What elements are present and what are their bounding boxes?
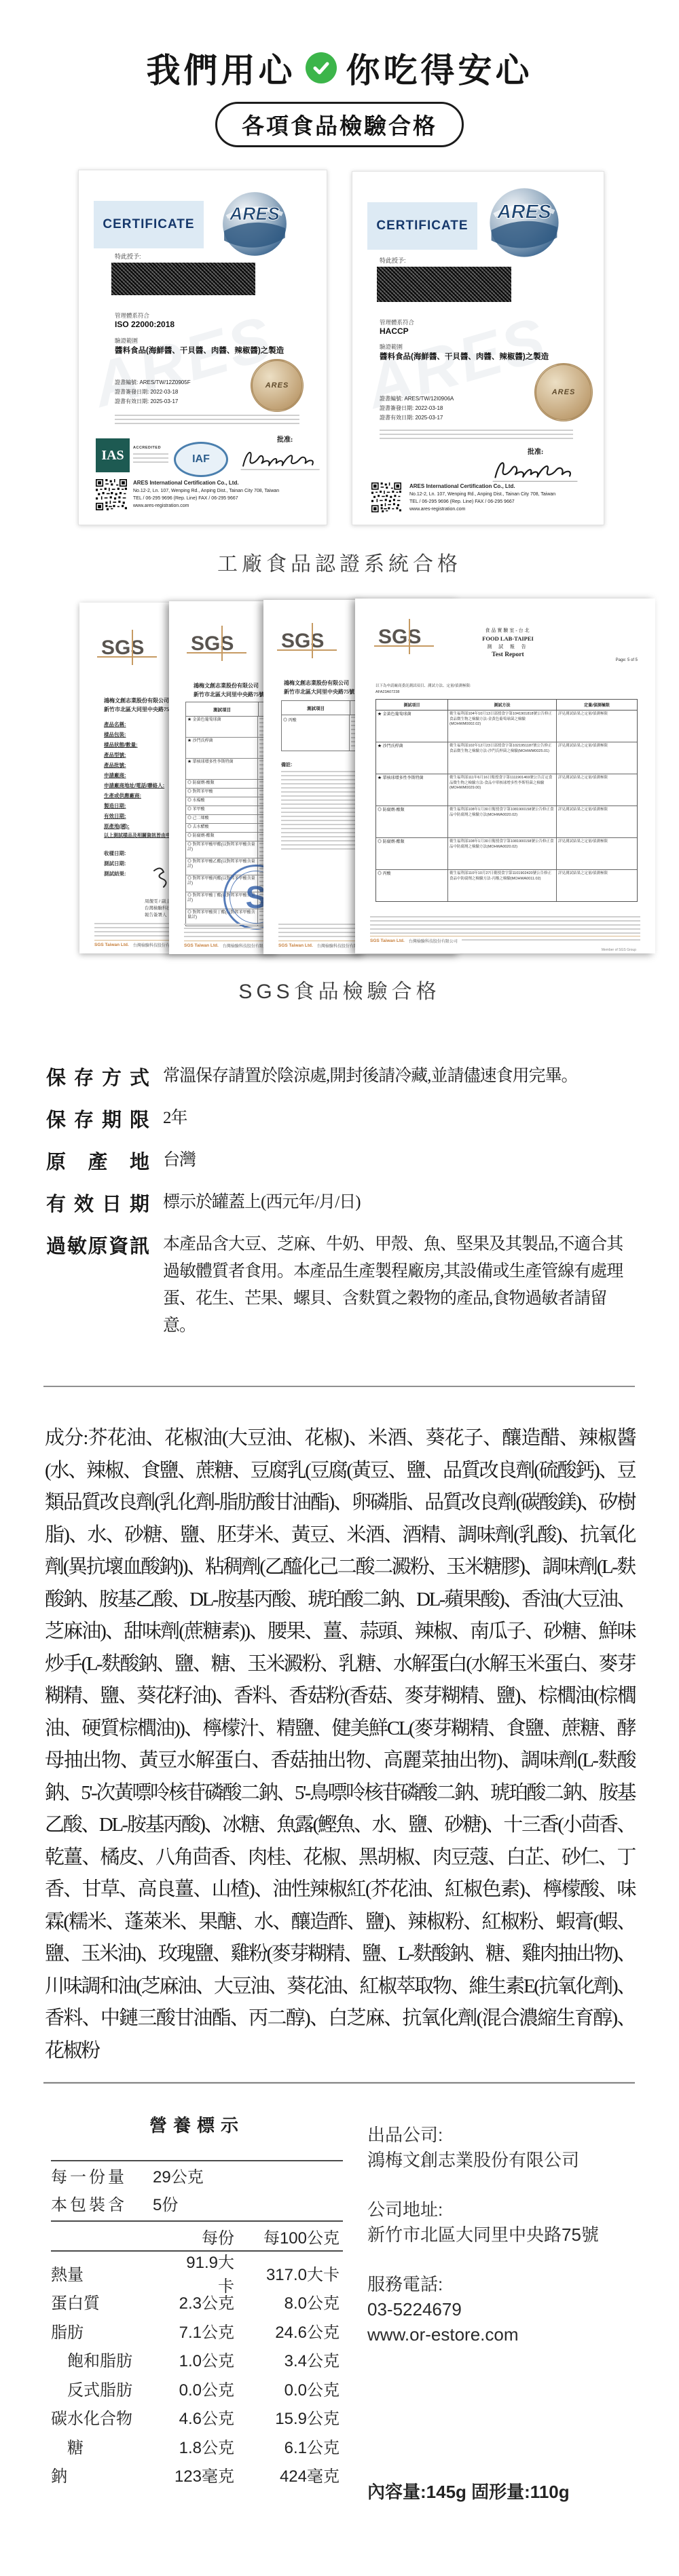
nutrition-row: 碳水化合物 4.6公克 15.9公克 [51, 2403, 343, 2432]
approver-signature [238, 442, 323, 474]
caption-factory-certified: 工廠食品認證系統合格 [0, 547, 679, 577]
scope-label: 驗證範圍 [380, 343, 403, 351]
standard-name: HACCP [380, 326, 409, 336]
phone-value: 03-5224679 [367, 2297, 599, 2322]
slogan-right: 你吃得安心 [346, 43, 533, 92]
sample-field-label: 產品名稱: [104, 719, 164, 730]
nutrient-per-serving: 1.8公克 [173, 2434, 234, 2458]
nutrient-per-100g: 424毫克 [234, 2463, 339, 2486]
ares-company-address: No.12-2, Ln. 107, Wenping Rd., Anping Di… [409, 491, 579, 498]
product-detail-page: 我們用心 你吃得安心 各項食品檢驗合格 ARES CERTIFICATE ARE… [0, 0, 679, 2576]
nutrient-name: 碳水化合物 [51, 2405, 173, 2429]
info-row: 原產地 台灣 [46, 1147, 638, 1189]
nutrient-name: 脂肪 [51, 2319, 173, 2343]
sgs-client-name: 鴻梅文創志業股份有限公司 新竹市北區大同里中央路75號 [194, 681, 264, 699]
system-label: 管理體系符合 [380, 318, 414, 326]
page-number: Page: 5 of 5 [616, 658, 638, 662]
test-method-row: ★ 金黃色葡萄球菌 衛生福利部104年10月13日部授食字第1041901818… [376, 711, 637, 742]
test-item-name: ◎ 己二烯酸 [186, 815, 258, 823]
caption-sgs-passed: SGS食品檢驗合格 [0, 974, 679, 1004]
nutrient-per-100g: 24.6公克 [234, 2319, 339, 2343]
redacted-recipient [111, 263, 255, 295]
sample-field-label: 申請廠商地址/電話/聯絡人: [104, 780, 164, 791]
sgs-taiwan-label: SGS Taiwan Ltd. [94, 943, 129, 947]
test-item-name: ★ 沙門氏桿菌 [186, 738, 258, 758]
product-info-list: 保存方式 常溫保存請置於陰涼處,開封後請冷藏,並請儘速食用完畢。 保存期限 2年… [46, 1063, 638, 1340]
sample-field-label: 樣品包裝: [104, 730, 164, 740]
footer-address-placeholder [462, 939, 640, 943]
test-items-header: 測試項目 [282, 701, 350, 715]
nutrient-name: 熱量 [51, 2261, 173, 2285]
sgs-logo: SGS [281, 630, 324, 653]
servings-per-pack-value: 5份 [153, 2191, 178, 2215]
ares-certificate-iso22000: ARES CERTIFICATE ARES 特此授予: 管理體系符合 ISO 2… [78, 170, 327, 525]
date-field-label: 測試日期: [104, 858, 126, 869]
table-intro: 以下為申請廠商委託測試項目、測試方法、定量/偵測極限: [375, 683, 471, 688]
test-item-name: ◎ 對羥苯甲酸甲酯(以對羥苯甲酸含量計) [186, 841, 258, 858]
test-method-row: ◎ 防腐劑-酯類 衛生福利部108年1月30日衛授食字第1081900158號公… [376, 837, 637, 869]
test-method-table: 測試項目 測試方法 定量/偵測極限 ★ 金黃色葡萄球菌 衛生福利部104年10月… [375, 699, 638, 902]
sgs-logo: SGS [191, 632, 234, 656]
test-method-row: ◎ 丙酸 衛生福利部110年10月27日衛授食字第1101902420號公告修正… [376, 869, 637, 901]
member-of-sgs-group: Member of SGS Group [602, 948, 636, 952]
certificate-banner: CERTIFICATE [94, 201, 204, 248]
test-method-text: 衛生福利部110年10月27日衛授食字第1101902420號公告修正食品中防腐… [448, 870, 557, 901]
cert-issue-date: 證書簽發日期: 2022-03-18 [115, 387, 178, 397]
nutrient-per-100g: 0.0公克 [234, 2376, 339, 2400]
sample-field-label: 原產地(國): [104, 821, 164, 831]
report-title-en: Test Report [437, 651, 579, 658]
test-limit-text: 詳見測試結果之定量/偵測極限 [557, 806, 637, 837]
nutrient-name: 反式脂肪 [51, 2376, 173, 2400]
test-item-name: ★ 金黃色葡萄球菌 [186, 717, 258, 737]
test-limit-text: 詳見測試結果之定量/偵測極限 [557, 742, 637, 774]
col-test-item: 測試項目 [376, 700, 448, 710]
test-item-name: ◎ 去水醋酸 [186, 824, 258, 832]
info-label: 保存方式 [46, 1063, 149, 1091]
date-fields: 收樣日期:測試日期:測試結果: [104, 848, 126, 879]
ares-company-name: ARES International Certification Co., Lt… [409, 483, 515, 489]
nutrient-per-serving: 7.1公克 [173, 2319, 234, 2343]
test-item-name: ◎ 丙酸 [376, 870, 448, 901]
header-slogan: 我們用心 你吃得安心 [0, 43, 679, 92]
legal-fine-print [115, 415, 299, 425]
info-label: 過敏原資訊 [46, 1231, 149, 1259]
info-row: 有效日期 標示於罐蓋上(西元年/月/日) [46, 1189, 638, 1231]
info-value: 本產品含大豆、芝麻、牛奶、甲殼、魚、堅果及其製品,不適合其過敏體質者食用。本產品… [163, 1231, 638, 1340]
sgs-footer: SGS Taiwan Ltd. 台灣檢驗科技股份有限公司 [370, 916, 640, 944]
col-limit: 定量/偵測極限 [557, 700, 637, 710]
lab-header: 食品實驗室-台北 FOOD LAB-TAIPEI 測 試 報 告 Test Re… [437, 627, 579, 658]
address-value: 新竹市北區大同里中央路75號 [367, 2222, 599, 2248]
nutrient-per-100g: 3.4公克 [234, 2347, 339, 2371]
test-method-row: ◎ 防腐劑-酸類 衛生福利部108年1月30日衛授食字第1081900158號公… [376, 806, 637, 837]
sample-fields: 產品名稱:樣品包裝:樣品狀態/數量:產品型號:產品批號:申請廠商:申請廠商地址/… [104, 719, 164, 831]
report-code: AFA23A07238 [375, 690, 399, 694]
test-item-name: ◎ 防腐劑-酯類 [186, 833, 258, 841]
system-label: 管理體系符合 [115, 311, 149, 320]
nutrition-row: 飽和脂肪 1.0公克 3.4公克 [51, 2345, 343, 2374]
cert-number: 證書編號: ARES/TW/12Z0905F [115, 378, 191, 387]
ares-company-tel: TEL / 06-295 9696 (Rep. Line) FAX / 06-2… [409, 498, 579, 506]
terms-fine-print [370, 916, 640, 934]
test-method-text: 衛生福利部108年1月30日衛授食字第1081900158號公告修正食品中防腐劑… [448, 806, 557, 837]
ares-seal: ARES [251, 359, 304, 412]
inspection-badge: 各項食品檢驗合格 [215, 102, 464, 147]
sgs-taiwan-label: SGS Taiwan Ltd. [370, 939, 405, 943]
net-weight-line: 內容量:145g 固形量:110g [367, 2478, 570, 2503]
nutrient-per-serving: 4.6公克 [173, 2405, 234, 2429]
divider-line [43, 1386, 635, 1387]
grant-label: 特此授予: [115, 252, 141, 261]
nutrient-name: 飽和脂肪 [51, 2347, 173, 2371]
cert-valid-date: 證書有效日期: 2025-03-17 [380, 413, 443, 423]
nutrient-per-100g: 317.0大卡 [234, 2261, 339, 2285]
nutrition-facts: 營養標示 每一份量 29公克 本包裝含 5份 每份 每100公克 熱量 91.9… [51, 2112, 343, 2489]
nutrition-row: 脂肪 7.1公克 24.6公克 [51, 2316, 343, 2345]
remarks-label: 備註: [281, 761, 292, 768]
test-item-name: ◎ 水楊酸 [186, 797, 258, 806]
ias-fine-print [133, 453, 168, 463]
grant-label: 特此授予: [380, 256, 406, 265]
scope-text: 醬料食品(海鮮醬、干貝醬、肉醬、辣椒醬)之製造 [115, 345, 308, 356]
nutrient-per-100g: 15.9公克 [234, 2405, 339, 2429]
ares-company-name: ARES International Certification Co., Lt… [133, 480, 239, 486]
redacted-recipient [377, 267, 511, 302]
test-limit-text: 詳見測試結果之定量/偵測極限 [557, 870, 637, 901]
ares-globe-logo: ARES [220, 189, 289, 259]
cert-issue-date: 證書簽發日期: 2022-03-18 [380, 404, 443, 413]
lab-name-cn: 食品實驗室-台北 [437, 627, 579, 634]
nutrient-per-serving: 2.3公克 [173, 2290, 234, 2313]
nutrition-column-headers: 每份 每100公克 [51, 2222, 343, 2250]
nutrient-per-serving: 123毫克 [173, 2463, 234, 2486]
sgs-taiwan-label: SGS Taiwan Ltd. [278, 943, 313, 948]
sample-field-label: 有效日期: [104, 811, 164, 821]
nutrient-name: 糖 [51, 2434, 173, 2458]
nutrient-per-100g: 8.0公克 [234, 2290, 339, 2313]
sample-field-label: 申請廠商: [104, 770, 164, 780]
nutrition-row: 蛋白質 2.3公克 8.0公克 [51, 2288, 343, 2317]
sample-field-label: 製造日期: [104, 801, 164, 811]
sgs-logo: SGS [378, 626, 421, 649]
sample-field-label: 產品批號: [104, 760, 164, 770]
ares-company-info: ARES International Certification Co., Lt… [133, 479, 303, 510]
date-field-label: 收樣日期: [104, 848, 126, 858]
certificate-title: CERTIFICATE [376, 219, 468, 233]
info-label: 有效日期 [46, 1189, 149, 1217]
test-item-name: ◎ 防腐劑-酸類 [376, 806, 448, 837]
test-item-name: ★ 單核球增多性李斯特菌 [376, 774, 448, 806]
maker-name: 鴻梅文創志業股份有限公司 [367, 2148, 599, 2173]
info-value: 2年 [163, 1105, 638, 1132]
servings-per-pack-label: 本包裝含 [51, 2191, 124, 2215]
test-item-name: ◎ 防腐劑-酯類 [376, 838, 448, 869]
test-method-row: ★ 沙門氏桿菌 衛生福利部102年12月23日部授食字第1021951187號公… [376, 742, 637, 774]
sample-field-label: 生產或供應廠商: [104, 791, 164, 801]
info-value: 標示於罐蓋上(西元年/月/日) [163, 1189, 638, 1216]
test-limit-text: 詳見測試結果之定量/偵測極限 [557, 838, 637, 869]
scope-label: 驗證範圍 [115, 337, 138, 345]
divider-line [43, 2082, 635, 2084]
certificate-title: CERTIFICATE [103, 217, 194, 232]
test-item-name: ◎ 苯甲酸 [186, 806, 258, 814]
sgs-taiwan-label: SGS Taiwan Ltd. [184, 943, 219, 948]
serving-size-row: 每一份量 29公克 [51, 2161, 343, 2189]
col-test-method: 測試方法 [448, 700, 557, 710]
sgs-logo: SGS [101, 637, 144, 660]
approver-signature [488, 453, 583, 485]
ias-accredited-text: ACCREDITED [133, 440, 168, 463]
nutrient-name: 鈉 [51, 2463, 173, 2486]
info-label: 保存期限 [46, 1105, 149, 1133]
scope-text: 醬料食品(海鮮醬、干貝醬、肉醬、辣椒醬)之製造 [380, 351, 576, 362]
ares-company-info: ARES International Certification Co., Lt… [409, 482, 579, 513]
iaf-logo: IAF [174, 442, 228, 477]
test-limit-text: 詳見測試結果之定量/偵測極限 [557, 711, 637, 742]
check-circle-icon [306, 52, 337, 83]
nutrient-per-serving: 0.0公克 [173, 2376, 234, 2400]
cert-number: 證書編號: ARES/TW/12I0906A [380, 394, 454, 404]
nutrition-rows: 熱量 91.9大卡 317.0大卡 蛋白質 2.3公克 8.0公克 脂肪 7.1… [51, 2258, 343, 2489]
test-item-name: ★ 沙門氏桿菌 [376, 742, 448, 774]
nutrient-per-100g: 6.1公克 [234, 2434, 339, 2458]
test-items-header: 測試項目 [186, 702, 259, 716]
nutrition-title: 營養標示 [51, 2112, 343, 2137]
legal-fine-print [380, 430, 573, 440]
sample-field-label: 產品型號: [104, 750, 164, 760]
test-limit-text: 詳見測試結果之定量/偵測極限 [557, 774, 637, 806]
ares-seal: ARES [534, 363, 593, 421]
nutrition-row: 熱量 91.9大卡 317.0大卡 [51, 2258, 343, 2288]
servings-per-pack-row: 本包裝含 5份 [51, 2189, 343, 2217]
nutrition-row: 糖 1.8公克 6.1公克 [51, 2431, 343, 2461]
lab-name-en: FOOD LAB-TAIPEI [437, 635, 579, 642]
ares-company-address: No.12-2, Ln. 107, Wenping Rd., Anping Di… [133, 487, 303, 495]
nutrition-row: 鈉 123毫克 424毫克 [51, 2461, 343, 2490]
company-contact-block: 出品公司: 鴻梅文創志業股份有限公司 公司地址: 新竹市北區大同里中央路75號 … [367, 2123, 599, 2347]
cert-valid-date: 證書有效日期: 2025-03-17 [115, 397, 178, 406]
serving-size-value: 29公克 [153, 2163, 204, 2187]
info-value: 常溫保存請置於陰涼處,開封後請冷藏,並請儘速食用完畢。 [163, 1063, 638, 1090]
ias-logo: IAS [96, 438, 130, 472]
test-method-text: 衛生福利部102年12月23日部授食字第1021951187號公告修正食品微生物… [448, 742, 557, 774]
standard-name: ISO 22000:2018 [115, 320, 175, 329]
address-label: 公司地址: [367, 2197, 599, 2222]
ares-certificate-haccp: ARES CERTIFICATE ARES 特此授予: 管理體系符合 HACCP… [352, 171, 604, 525]
col-per-serving: 每份 [173, 2224, 234, 2248]
sgs-client-name: 鴻梅文創志業股份有限公司 新竹市北區大同里中央路75號 [104, 696, 175, 714]
info-row: 保存方式 常溫保存請置於陰涼處,開封後請冷藏,並請儘速食用完畢。 [46, 1063, 638, 1105]
maker-label: 出品公司: [367, 2123, 599, 2148]
info-row: 保存期限 2年 [46, 1105, 638, 1147]
sgs-client-name: 鴻梅文創志業股份有限公司 新竹市北區大同里中央路75號 [284, 679, 354, 696]
date-field-label: 測試結果: [104, 869, 126, 879]
serving-size-label: 每一份量 [51, 2163, 124, 2187]
test-method-text: 衛生福利部104年10月13日部授食字第1041901818號公告修正食品微生物… [448, 711, 557, 742]
svg-text:ARES: ARES [496, 201, 551, 223]
website-url: www.or-estore.com [367, 2322, 599, 2347]
test-method-row: ★ 單核球增多性李斯特菌 衛生福利部111年6月16日衛授食字第11119014… [376, 774, 637, 806]
ares-company-web: www.ares-registration.com [409, 506, 579, 513]
test-method-text: 衛生福利部108年1月30日衛授食字第1081900158號公告修正食品中防腐劑… [448, 838, 557, 869]
nutrition-row: 反式脂肪 0.0公克 0.0公克 [51, 2374, 343, 2403]
nutrient-name: 蛋白質 [51, 2290, 173, 2313]
col-per-100g: 每100公克 [234, 2224, 339, 2248]
test-item-name: ◎ 對羥苯甲酸 [186, 789, 258, 797]
info-label: 原產地 [46, 1147, 149, 1175]
sample-field-label: 樣品狀態/數量: [104, 740, 164, 750]
info-row: 過敏原資訊 本產品含大豆、芝麻、牛奶、甲殼、魚、堅果及其製品,不適合其過敏體質者… [46, 1231, 638, 1340]
ares-company-web: www.ares-registration.com [133, 502, 303, 510]
test-item-name: ◎ 防腐劑-酸類 [186, 780, 258, 788]
test-method-text: 衛生福利部111年6月16日衛授食字第1111901469號公告訂定食品微生物之… [448, 774, 557, 806]
test-item-name: ★ 單核球增多性李斯特菌 [186, 759, 258, 779]
slogan-left: 我們用心 [147, 43, 296, 92]
test-item-name: ★ 金黃色葡萄球菌 [376, 711, 448, 742]
info-value: 台灣 [163, 1147, 638, 1174]
nutrient-per-serving: 1.0公克 [173, 2347, 234, 2371]
ares-company-tel: TEL / 06-295 9696 (Rep. Line) FAX / 06-2… [133, 495, 303, 502]
certificate-banner: CERTIFICATE [367, 202, 477, 250]
report-title-cn: 測 試 報 告 [437, 643, 579, 650]
ingredients-paragraph: 成分:芥花油、花椒油(大豆油、花椒)、米酒、葵花子、釀造醋、辣椒醬(水、辣椒、食… [45, 1422, 635, 2067]
qr-code [96, 479, 127, 510]
phone-label: 服務電話: [367, 2272, 599, 2297]
svg-text:ARES: ARES [229, 204, 280, 224]
sgs-taiwan-cn-label: 台灣檢驗科技股份有限公司 [409, 938, 458, 944]
sgs-report-page-5: SGS 食品實驗室-台北 FOOD LAB-TAIPEI 測 試 報 告 Tes… [355, 599, 655, 953]
test-item-name: ◎ 丙酸 [282, 715, 350, 751]
ares-globe-logo: ARES [487, 185, 562, 260]
qr-code [371, 482, 401, 512]
